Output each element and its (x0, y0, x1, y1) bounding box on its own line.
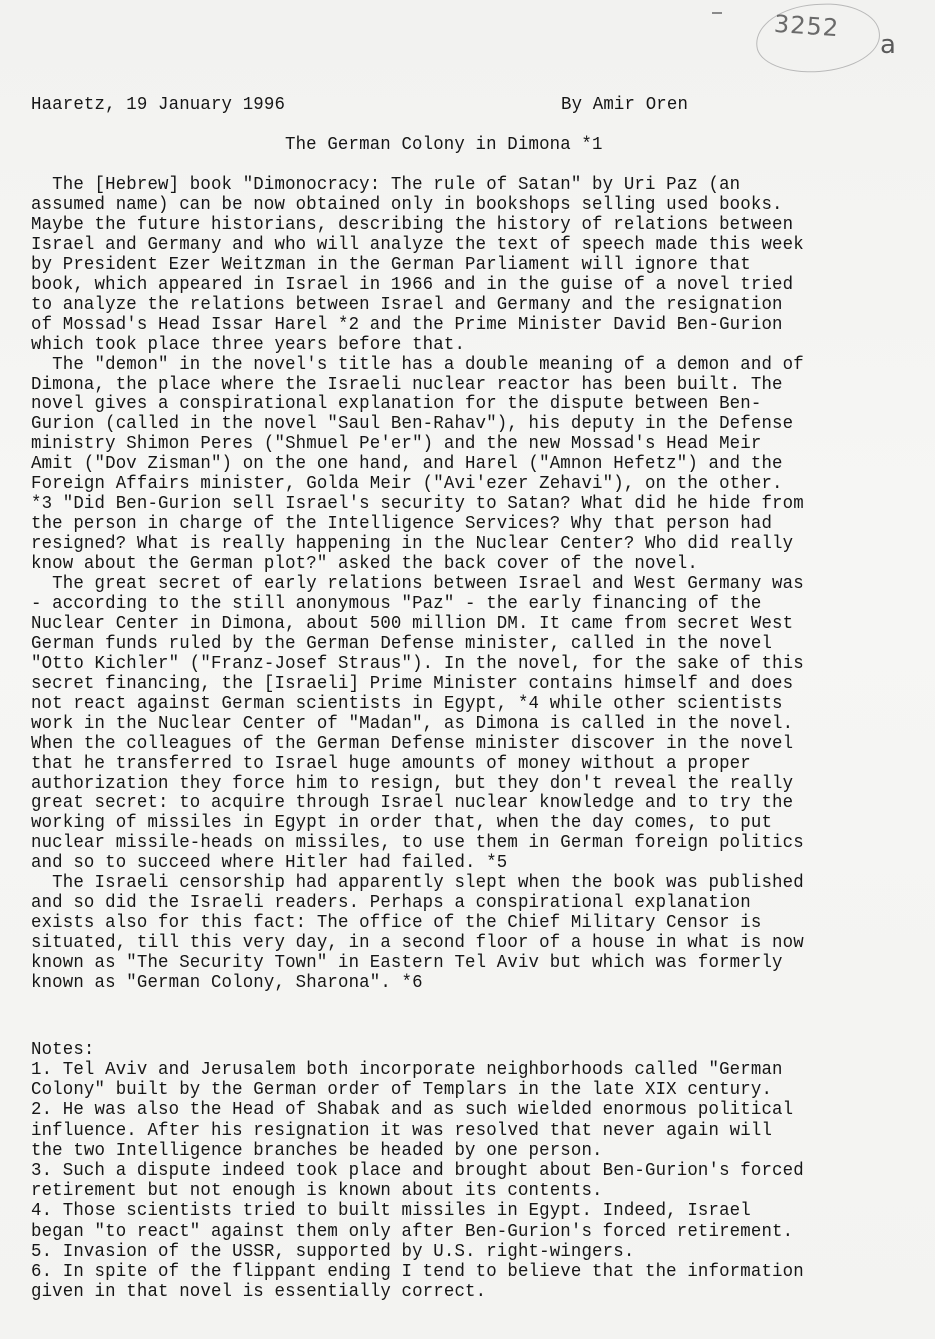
body-text-line: The [Hebrew] book "Dimonocracy: The rule… (31, 175, 740, 196)
body-text-line: authorization they force him to resign, … (31, 774, 793, 795)
body-text-line: known as "The Security Town" in Eastern … (31, 953, 783, 974)
body-text-line: assumed name) can be now obtained only i… (31, 195, 783, 216)
body-text-line: by President Ezer Weitzman in the German… (31, 255, 751, 276)
note-text-line: 2. He was also the Head of Shabak and as… (31, 1100, 793, 1121)
body-text-line: nuclear missile-heads on missiles, to us… (31, 833, 804, 854)
body-text-line: The Israeli censorship had apparently sl… (31, 873, 804, 894)
note-text-line: 4. Those scientists tried to built missi… (31, 1201, 751, 1222)
note-text-line: 5. Invasion of the USSR, supported by U.… (31, 1242, 634, 1263)
body-text-line: the person in charge of the Intelligence… (31, 514, 772, 535)
note-text-line: 6. In spite of the flippant ending I ten… (31, 1262, 804, 1283)
body-text-line: - according to the still anonymous "Paz"… (31, 594, 761, 615)
note-text-line: influence. After his resignation it was … (31, 1121, 772, 1142)
archive-number-suffix: a (880, 30, 896, 60)
body-text-line: When the colleagues of the German Defens… (31, 734, 793, 755)
scanned-document-page: 3252 a Haaretz, 19 January 1996 By Amir … (0, 0, 935, 1339)
body-text-line: "Otto Kichler" ("Franz-Josef Straus"). I… (31, 654, 804, 675)
body-text-line: know about the German plot?" asked the b… (31, 554, 698, 575)
body-text-line: of Mossad's Head Issar Harel *2 and the … (31, 315, 783, 336)
article-author: By Amir Oren (561, 95, 688, 116)
body-text-line: situated, till this very day, in a secon… (31, 933, 804, 954)
body-text-line: German funds ruled by the German Defense… (31, 634, 772, 655)
body-text-line: Nuclear Center in Dimona, about 500 mill… (31, 614, 793, 635)
note-text-line: began "to react" against them only after… (31, 1222, 793, 1243)
note-text-line: retirement but not enough is known about… (31, 1181, 603, 1202)
body-text-line: not react against German scientists in E… (31, 694, 783, 715)
body-text-line: ministry Shimon Peres ("Shmuel Pe'er") a… (31, 434, 761, 455)
article-title: The German Colony in Dimona *1 (285, 135, 603, 156)
body-text-line: Israel and Germany and who will analyze … (31, 235, 804, 256)
body-text-line: resigned? What is really happening in th… (31, 534, 793, 555)
note-text-line: the two Intelligence branches be headed … (31, 1141, 603, 1162)
body-text-line: work in the Nuclear Center of "Madan", a… (31, 714, 793, 735)
body-text-line: exists also for this fact: The office of… (31, 913, 761, 934)
body-text-line: Maybe the future historians, describing … (31, 215, 793, 236)
body-text-line: that he transferred to Israel huge amoun… (31, 754, 751, 775)
body-text-line: book, which appeared in Israel in 1966 a… (31, 275, 793, 296)
body-text-line: which took place three years before that… (31, 335, 465, 356)
body-text-line: and so to succeed where Hitler had faile… (31, 853, 507, 874)
body-text-line: *3 "Did Ben-Gurion sell Israel's securit… (31, 494, 804, 515)
body-text-line: and so did the Israeli readers. Perhaps … (31, 893, 751, 914)
body-text-line: novel gives a conspirational explanation… (31, 394, 761, 415)
pencil-mark (712, 12, 722, 14)
body-text-line: The "demon" in the novel's title has a d… (31, 355, 804, 376)
body-text-line: Amit ("Dov Zisman") on the one hand, and… (31, 454, 783, 475)
body-text-line: Gurion (called in the novel "Saul Ben-Ra… (31, 414, 793, 435)
body-text-line: Dimona, the place where the Israeli nucl… (31, 375, 783, 396)
archive-number: 3252 (773, 10, 840, 42)
body-text-line: The great secret of early relations betw… (31, 574, 804, 595)
note-text-line: 3. Such a dispute indeed took place and … (31, 1161, 804, 1182)
note-text-line: Colony" built by the German order of Tem… (31, 1080, 772, 1101)
note-text-line: given in that novel is essentially corre… (31, 1282, 486, 1303)
note-text-line: 1. Tel Aviv and Jerusalem both incorpora… (31, 1060, 783, 1081)
article-source-date: Haaretz, 19 January 1996 (31, 95, 285, 116)
body-text-line: great secret: to acquire through Israel … (31, 793, 793, 814)
notes-heading: Notes: (31, 1040, 95, 1061)
body-text-line: to analyze the relations between Israel … (31, 295, 783, 316)
body-text-line: Foreign Affairs minister, Golda Meir ("A… (31, 474, 783, 495)
body-text-line: working of missiles in Egypt in order th… (31, 813, 772, 834)
body-text-line: known as "German Colony, Sharona". *6 (31, 973, 423, 994)
body-text-line: secret financing, the [Israeli] Prime Mi… (31, 674, 793, 695)
